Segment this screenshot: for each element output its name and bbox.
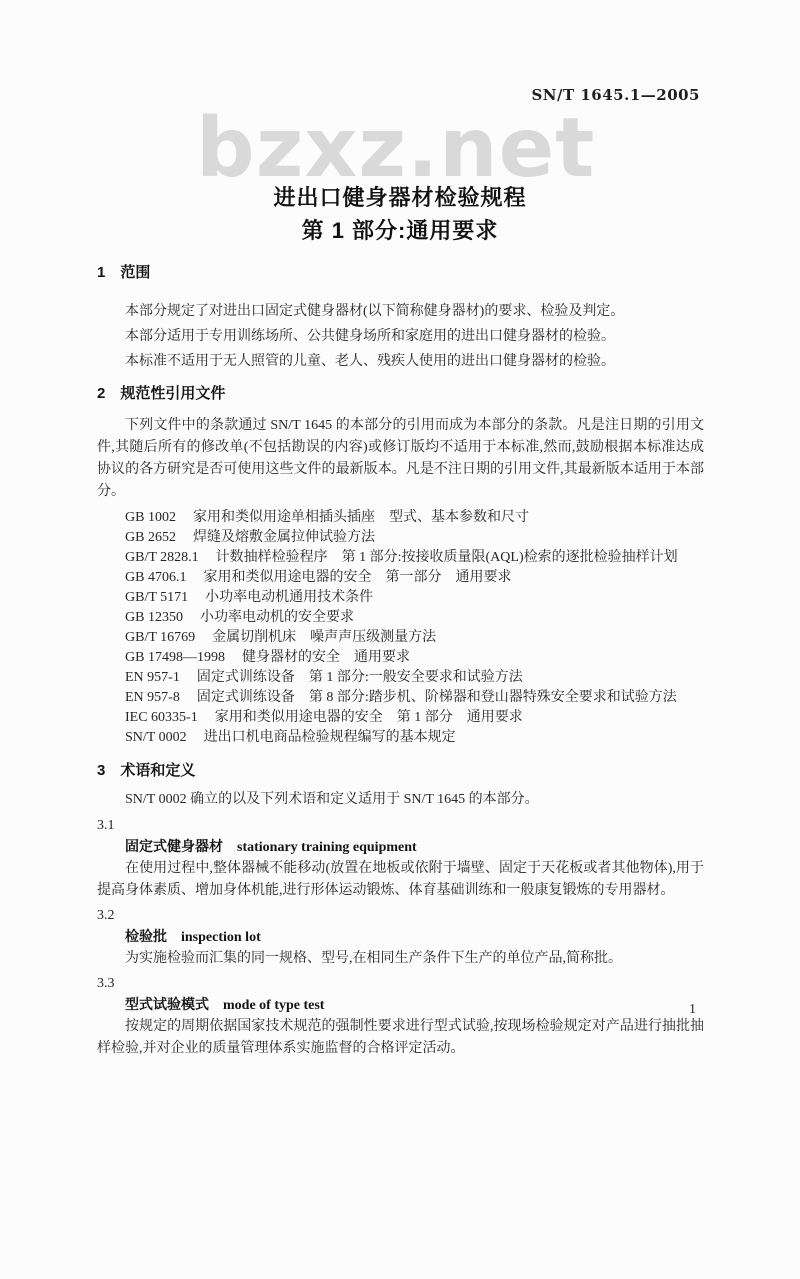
term-number: 3.3	[97, 973, 704, 994]
reference-title: 家用和类似用途电器的安全 第 1 部分 通用要求	[215, 710, 523, 725]
section-1-paragraph: 本部分规定了对进出口固定式健身器材(以下简称健身器材)的要求、检验及判定。	[97, 299, 704, 324]
reference-code: GB 1002	[125, 508, 176, 528]
reference-code: GB 2652	[125, 528, 176, 548]
section-2-number: 2	[97, 384, 105, 404]
reference-item: SN/T 0002进出口机电商品检验规程编写的基本规定	[125, 728, 704, 748]
term-entry: 3.3 型式试验模式mode of type test 按规定的周期依据国家技术…	[97, 973, 704, 1060]
reference-item: GB 1002家用和类似用途单相插头插座 型式、基本参数和尺寸	[125, 508, 704, 528]
reference-code: GB 4706.1	[125, 568, 186, 588]
reference-title: 家用和类似用途电器的安全 第一部分 通用要求	[203, 570, 511, 585]
term-name-en: inspection lot	[181, 930, 261, 945]
section-2-intro: 下列文件中的条款通过 SN/T 1645 的本部分的引用而成为本部分的条款。凡是…	[97, 415, 704, 503]
term-definition: 为实施检验而汇集的同一规格、型号,在相同生产条件下生产的单位产品,简称批。	[97, 948, 704, 970]
reference-title: 固定式训练设备 第 1 部分:一般安全要求和试验方法	[197, 670, 523, 685]
term-name-line: 检验批inspection lot	[97, 926, 704, 948]
section-3-heading: 3术语和定义	[97, 761, 704, 781]
reference-code: GB/T 5171	[125, 588, 188, 608]
term-name-en: stationary training equipment	[237, 840, 417, 855]
term-name-line: 固定式健身器材stationary training equipment	[97, 836, 704, 858]
reference-code: EN 957-8	[125, 688, 180, 708]
term-number: 3.1	[97, 815, 704, 836]
reference-title: 固定式训练设备 第 8 部分:踏步机、阶梯器和登山器特殊安全要求和试验方法	[197, 690, 677, 705]
reference-item: GB/T 5171小功率电动机通用技术条件	[125, 588, 704, 608]
term-definition: 按规定的周期依据国家技术规范的强制性要求进行型式试验,按现场检验规定对产品进行抽…	[97, 1016, 704, 1060]
reference-title: 金属切削机床 噪声声压级测量方法	[212, 630, 436, 645]
reference-title: 小功率电动机的安全要求	[200, 610, 354, 625]
section-1-paragraph: 本部分适用于专用训练场所、公共健身场所和家庭用的进出口健身器材的检验。	[97, 324, 704, 349]
document-subtitle: 第 1 部分:通用要求	[0, 214, 800, 247]
section-1-title: 范围	[120, 264, 150, 281]
reference-item: GB/T 2828.1计数抽样检验程序 第 1 部分:按接收质量限(AQL)检索…	[125, 548, 704, 568]
reference-item: GB/T 16769金属切削机床 噪声声压级测量方法	[125, 628, 704, 648]
reference-code: GB/T 2828.1	[125, 548, 199, 568]
reference-code: GB/T 16769	[125, 628, 195, 648]
reference-list: GB 1002家用和类似用途单相插头插座 型式、基本参数和尺寸 GB 2652焊…	[97, 508, 704, 748]
reference-title: 家用和类似用途单相插头插座 型式、基本参数和尺寸	[193, 510, 529, 525]
reference-item: EN 957-1固定式训练设备 第 1 部分:一般安全要求和试验方法	[125, 668, 704, 688]
reference-item: EN 957-8固定式训练设备 第 8 部分:踏步机、阶梯器和登山器特殊安全要求…	[125, 688, 704, 708]
reference-code: EN 957-1	[125, 668, 180, 688]
reference-code: GB 12350	[125, 608, 183, 628]
page-number: 1	[689, 1002, 696, 1018]
section-3-intro: SN/T 0002 确立的以及下列术语和定义适用于 SN/T 1645 的本部分…	[97, 787, 704, 812]
section-2-title: 规范性引用文件	[120, 385, 225, 402]
reference-code: SN/T 0002	[125, 728, 187, 748]
reference-title: 计数抽样检验程序 第 1 部分:按接收质量限(AQL)检索的逐批检验抽样计划	[216, 550, 678, 565]
term-entry: 3.2 检验批inspection lot 为实施检验而汇集的同一规格、型号,在…	[97, 905, 704, 970]
document-body: 1范围 本部分规定了对进出口固定式健身器材(以下简称健身器材)的要求、检验及判定…	[97, 263, 704, 1060]
term-name-en: mode of type test	[223, 998, 324, 1013]
standard-number: SN/T 1645.1—2005	[531, 86, 700, 104]
term-definition: 在使用过程中,整体器械不能移动(放置在地板或依附于墙壁、固定于天花板或者其他物体…	[97, 858, 704, 902]
reference-title: 焊缝及熔敷金属拉伸试验方法	[193, 530, 375, 545]
term-name-line: 型式试验模式mode of type test	[97, 994, 704, 1016]
reference-item: GB 2652焊缝及熔敷金属拉伸试验方法	[125, 528, 704, 548]
reference-item: IEC 60335-1家用和类似用途电器的安全 第 1 部分 通用要求	[125, 708, 704, 728]
reference-item: GB 17498—1998健身器材的安全 通用要求	[125, 648, 704, 668]
reference-title: 健身器材的安全 通用要求	[242, 650, 410, 665]
section-1-heading: 1范围	[97, 263, 704, 283]
section-3-title: 术语和定义	[120, 762, 195, 779]
term-name-cn: 固定式健身器材	[125, 838, 223, 854]
section-3-number: 3	[97, 761, 105, 781]
section-2-heading: 2规范性引用文件	[97, 384, 704, 404]
term-entry: 3.1 固定式健身器材stationary training equipment…	[97, 815, 704, 902]
term-number: 3.2	[97, 905, 704, 926]
term-name-cn: 型式试验模式	[125, 996, 209, 1012]
reference-code: GB 17498—1998	[125, 648, 225, 668]
reference-item: GB 4706.1家用和类似用途电器的安全 第一部分 通用要求	[125, 568, 704, 588]
watermark-text: bzxz.net	[196, 108, 595, 190]
document-page: SN/T 1645.1—2005 bzxz.net 进出口健身器材检验规程 第 …	[0, 0, 800, 1279]
term-name-cn: 检验批	[125, 928, 167, 944]
section-1-number: 1	[97, 263, 105, 283]
document-title-block: 进出口健身器材检验规程 第 1 部分:通用要求	[0, 181, 800, 247]
document-title: 进出口健身器材检验规程	[0, 181, 800, 214]
reference-title: 进出口机电商品检验规程编写的基本规定	[204, 730, 456, 745]
section-1-paragraph: 本标准不适用于无人照管的儿童、老人、残疾人使用的进出口健身器材的检验。	[97, 349, 704, 374]
reference-title: 小功率电动机通用技术条件	[205, 590, 373, 605]
reference-code: IEC 60335-1	[125, 708, 198, 728]
reference-item: GB 12350小功率电动机的安全要求	[125, 608, 704, 628]
